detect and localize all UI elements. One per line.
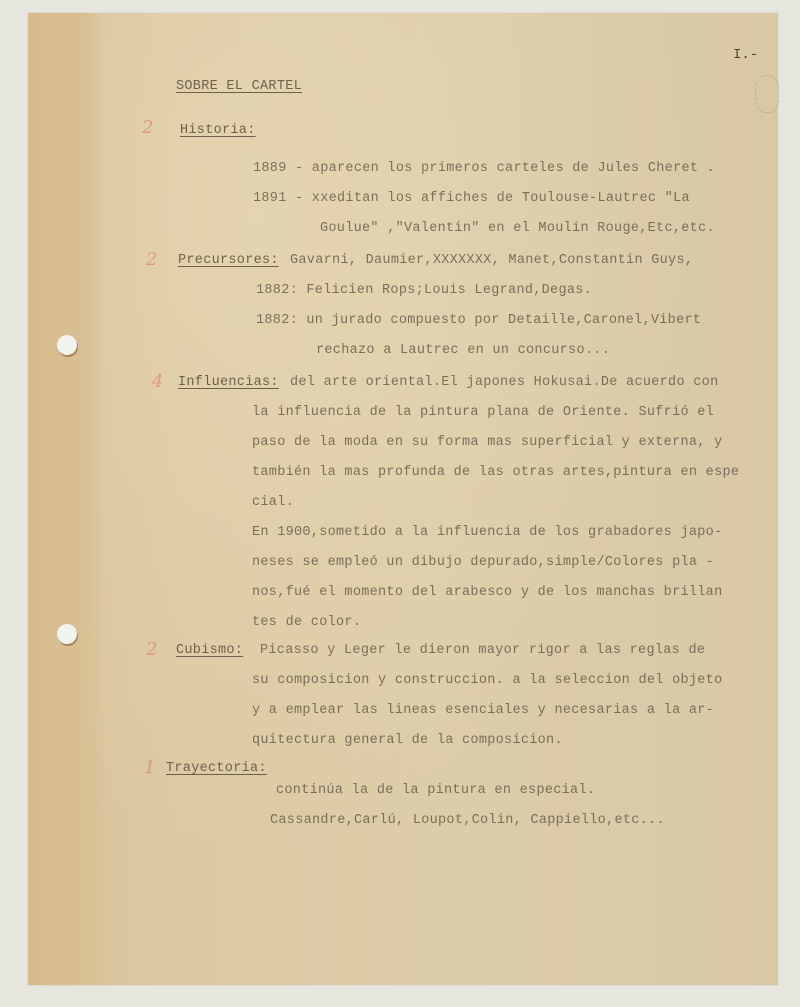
text-line: neses se empleó un dibujo depurado,simpl… xyxy=(252,555,714,570)
document-page: I.- SOBRE EL CARTEL 2 Historia: 1889 - a… xyxy=(28,13,778,985)
document-title: SOBRE EL CARTEL xyxy=(176,79,302,94)
section-heading-historia: Historia: xyxy=(180,123,256,138)
margin-mark: 2 xyxy=(146,249,157,270)
text-line: la influencia de la pintura plana de Ori… xyxy=(252,405,714,420)
text-line: rechazo a Lautrec en un concurso... xyxy=(316,343,610,358)
text-line: 1889 - aparecen los primeros carteles de… xyxy=(253,161,715,176)
archive-stamp-icon xyxy=(755,75,779,113)
text-line: 1882: Felicien Rops;Louis Legrand,Degas. xyxy=(256,283,592,298)
punch-hole-icon xyxy=(57,624,77,644)
text-line: paso de la moda en su forma mas superfic… xyxy=(252,435,722,450)
text-line: Goulue" ,"Valentin" en el Moulin Rouge,E… xyxy=(320,221,715,236)
text-line: 1882: un jurado compuesto por Detaille,C… xyxy=(256,313,701,328)
margin-mark: 2 xyxy=(146,639,157,660)
text-line: tes de color. xyxy=(252,615,361,630)
section-heading-trayectoria: Trayectoria: xyxy=(166,761,267,776)
text-line: del arte oriental.El japones Hokusai.De … xyxy=(290,375,718,390)
text-line: Cassandre,Carlú, Loupot,Colin, Cappiello… xyxy=(270,813,665,828)
punch-hole-icon xyxy=(57,335,77,355)
margin-mark: 4 xyxy=(152,371,163,392)
page-number: I.- xyxy=(733,47,758,63)
left-margin-strip xyxy=(28,13,108,985)
section-heading-precursores: Precursores: xyxy=(178,253,279,268)
text-line: En 1900,sometido a la influencia de los … xyxy=(252,525,722,540)
margin-mark: 1 xyxy=(144,757,155,778)
text-line: también la mas profunda de las otras art… xyxy=(252,465,739,480)
text-line: continúa la de la pintura en especial. xyxy=(276,783,595,798)
text-line: su composicion y construccion. a la sele… xyxy=(252,673,722,688)
text-line: Gavarni, Daumier,XXXXXXX, Manet,Constant… xyxy=(290,253,693,268)
section-heading-influencias: Influencias: xyxy=(178,375,279,390)
text-line: cial. xyxy=(252,495,294,510)
text-line: nos,fué el momento del arabesco y de los… xyxy=(252,585,722,600)
text-line: Picasso y Leger le dieron mayor rigor a … xyxy=(260,643,705,658)
text-line: quitectura general de la composicion. xyxy=(252,733,563,748)
section-heading-cubismo: Cubismo: xyxy=(176,643,243,658)
text-line: y a emplear las lineas esenciales y nece… xyxy=(252,703,714,718)
text-line: 1891 - xxeditan los affiches de Toulouse… xyxy=(253,191,690,206)
margin-mark: 2 xyxy=(142,117,153,138)
